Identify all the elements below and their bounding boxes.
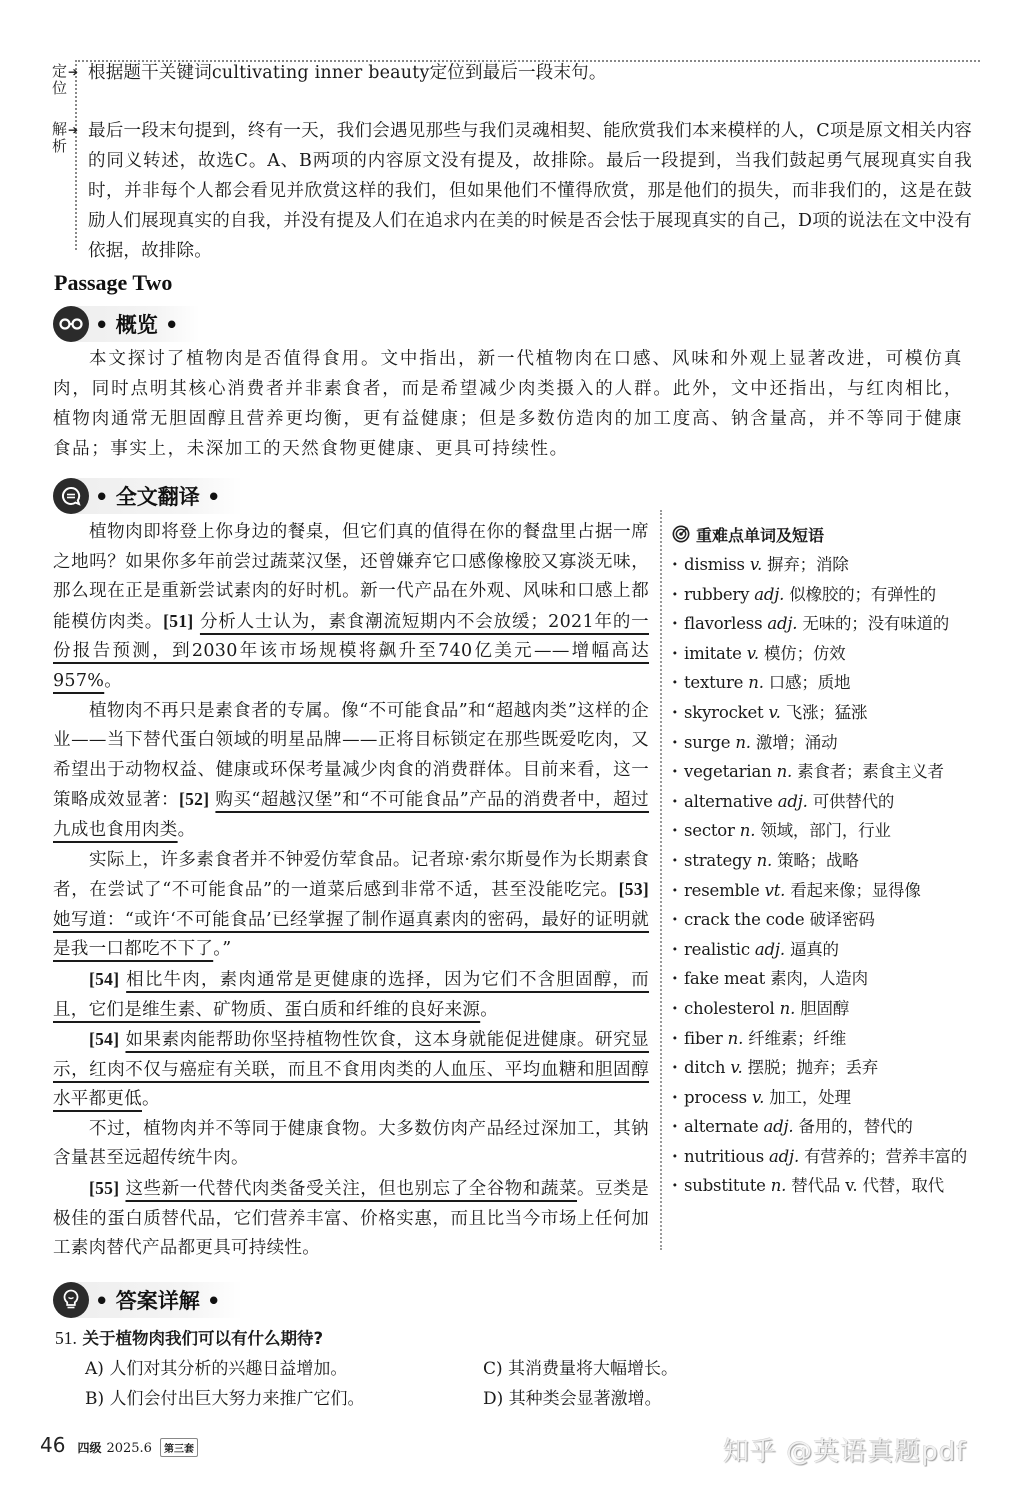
paragraph-text: 实际上，许多素食者并不钟爱仿荤食品。记者琼·索尔斯曼作为长期素食者，在尝试了“不… [53, 850, 649, 901]
explain-text: 最后一段末句提到，终有一天，我们会遇见那些与我们灵魂相契、能欣赏我们本来模样的人… [88, 114, 972, 266]
underlined-evidence: 相比牛肉，素肉通常是更健康的选择，因为它们不含胆固醇，而且，它们是维生素、矿物质… [53, 970, 649, 1020]
paragraph-text: 。” [213, 939, 231, 959]
lightbulb-icon [53, 1282, 89, 1318]
explain-tag: 解析 ➔ [52, 114, 88, 155]
vocab-word: realistic [684, 940, 750, 959]
paragraph-text: 。 [104, 671, 122, 691]
vocab-meaning: 胆固醇 [800, 999, 849, 1018]
vocab-word: ditch [684, 1058, 725, 1077]
translation-paragraph: 不过，植物肉并不等同于健康食物。大多数仿肉产品经过深加工，其钠含量甚至远超传统牛… [53, 1115, 649, 1174]
option-label: A) [85, 1359, 104, 1379]
vocab-pos: adj. [769, 1147, 799, 1166]
translation-paragraph: [54] 如果素肉能帮助你坚持植物性饮食，这本身就能促进健康。研究显示，红肉不仅… [53, 1025, 649, 1115]
question-number: 51. [55, 1328, 77, 1348]
vocab-pos: n. [735, 733, 750, 752]
answers-heading: • 答案详解 • [53, 1282, 242, 1318]
paragraph-text: 。 [142, 1089, 160, 1109]
arrow-right-icon: ➔ [68, 64, 78, 81]
vocab-word: fiber [684, 1029, 723, 1048]
vocab-meaning: 策略；战略 [777, 851, 859, 870]
vocab-meaning: 无味的；没有味道的 [802, 614, 949, 633]
question-ref: [53] [619, 879, 649, 899]
locate-tag: 定位 ➔ [52, 56, 88, 97]
vocab-meaning: 口感；质地 [769, 673, 851, 692]
vocab-meaning: 破译密码 [809, 910, 874, 929]
vocab-pos: n. [771, 1176, 786, 1195]
vocab-pos: n. [728, 1029, 743, 1048]
explain-label: 解析 [52, 121, 67, 155]
vocab-pos: v. [750, 555, 762, 574]
exam-level: 四级 [77, 1439, 101, 1456]
vocab-item: rubbery adj. 似橡胶的；有弹性的 [672, 580, 972, 610]
answers-heading-label: • 答案详解 • [95, 1285, 220, 1315]
underlined-evidence: 这些新一代替代肉类备受关注，但也别忘了全谷物和蔬菜 [125, 1179, 577, 1199]
vocab-item: alternate adj. 备用的，替代的 [672, 1112, 972, 1142]
vocab-pos: n. [757, 851, 772, 870]
exam-set-badge: 第三套 [160, 1438, 198, 1457]
vocabulary-list: dismiss v. 摒弃；消除 rubbery adj. 似橡胶的；有弹性的 … [672, 550, 972, 1201]
vocab-item: crack the code 破译密码 [672, 905, 972, 935]
question-51: 51. 关于植物肉我们可以有什么期待? A) 人们对其分析的兴趣日益增加。 C)… [55, 1323, 955, 1414]
paragraph-text: 不过，植物肉并不等同于健康食物。大多数仿肉产品经过深加工，其钠含量甚至远超传统牛… [53, 1119, 649, 1169]
option-label: D) [483, 1389, 503, 1409]
vocab-pos: adj. [755, 940, 785, 959]
vocabulary-heading-label: 重难点单词及短语 [696, 523, 824, 546]
vocab-pos: v. [747, 644, 759, 663]
question-ref: [52] [179, 789, 209, 809]
arrow-right-icon: ➔ [68, 122, 78, 139]
vocab-pos: adj. [754, 585, 784, 604]
vocab-meaning: 纤维素；纤维 [748, 1029, 846, 1048]
vocab-item: sector n. 领域，部门，行业 [672, 816, 972, 846]
vocab-word: rubbery [684, 585, 749, 604]
column-divider [660, 510, 662, 1250]
vocab-meaning: 有营养的；营养丰富的 [804, 1147, 967, 1166]
vocab-item: fiber n. 纤维素；纤维 [672, 1024, 972, 1054]
vocab-item: surge n. 激增；涌动 [672, 728, 972, 758]
paragraph-text: 。 [178, 820, 196, 840]
translation-paragraph: [54] 相比牛肉，素肉通常是更健康的选择，因为它们不含胆固醇，而且，它们是维生… [53, 965, 649, 1025]
overview-heading: • 概览 • [53, 306, 200, 342]
vocab-word: imitate [684, 644, 742, 663]
overview-heading-label: • 概览 • [95, 309, 178, 339]
vocab-pos: vt. [765, 881, 786, 900]
vocab-word: vegetarian [684, 762, 772, 781]
option-text: 人们会付出巨大努力来推广它们。 [110, 1389, 365, 1409]
paragraph-text: 。 [480, 1000, 498, 1020]
option-c: C) 其消费量将大幅增长。 [483, 1354, 883, 1384]
vocab-word: surge [684, 733, 730, 752]
translation-paragraph: [55] 这些新一代替代肉类备受关注，但也别忘了全谷物和蔬菜。豆类是极佳的蛋白质… [53, 1174, 649, 1264]
vocab-word: strategy [684, 851, 752, 870]
option-a: A) 人们对其分析的兴趣日益增加。 [85, 1354, 483, 1384]
vocab-item: nutritious adj. 有营养的；营养丰富的 [672, 1142, 972, 1172]
answer-analysis-block: 定位 ➔ 根据题干关键词cultivating inner beauty定位到最… [52, 56, 972, 266]
translation-heading-label: • 全文翻译 • [95, 481, 220, 511]
vocab-meaning: 模仿；仿效 [764, 644, 846, 663]
vocab-item: cholesterol n. 胆固醇 [672, 994, 972, 1024]
question-ref: [54] [89, 1029, 119, 1049]
translation-paragraph: 实际上，许多素食者并不钟爱仿荤食品。记者琼·索尔斯曼作为长期素食者，在尝试了“不… [53, 846, 649, 965]
vocab-meaning: 素食者；素食主义者 [797, 762, 944, 781]
vocab-word: fake meat [684, 969, 765, 988]
vocab-pos: adj. [767, 614, 797, 633]
vocab-pos: n. [780, 999, 795, 1018]
vocab-item: vegetarian n. 素食者；素食主义者 [672, 757, 972, 787]
vocab-pos: v. [752, 1088, 764, 1107]
vocab-word: skyrocket [684, 703, 763, 722]
option-d: D) 其种类会显著激增。 [483, 1384, 883, 1414]
translation-heading: • 全文翻译 • [53, 478, 242, 514]
vocab-word: alternative [684, 792, 773, 811]
question-text: 关于植物肉我们可以有什么期待? [82, 1329, 323, 1348]
explain-row: 解析 ➔ 最后一段末句提到，终有一天，我们会遇见那些与我们灵魂相契、能欣赏我们本… [52, 114, 972, 266]
vocab-meaning: 备用的，替代的 [799, 1117, 913, 1136]
vocab-item: resemble vt. 看起来像；显得像 [672, 876, 972, 906]
vocab-meaning: 领域，部门，行业 [760, 821, 890, 840]
vocabulary-sidebar: 重难点单词及短语 dismiss v. 摒弃；消除 rubbery adj. 似… [672, 520, 972, 1201]
vocab-word: texture [684, 673, 743, 692]
vocab-pos: n. [740, 821, 755, 840]
vocab-word: dismiss [684, 555, 745, 574]
vocab-pos: v. [769, 703, 781, 722]
vocab-word: substitute [684, 1176, 766, 1195]
vocab-pos: n. [748, 673, 763, 692]
vocab-meaning: 加工，处理 [769, 1088, 851, 1107]
question-ref: [51] [163, 611, 193, 631]
vocab-meaning: 逼真的 [790, 940, 839, 959]
vocabulary-heading: 重难点单词及短语 [672, 520, 972, 548]
option-b: B) 人们会付出巨大努力来推广它们。 [85, 1384, 483, 1414]
locate-label: 定位 [52, 63, 67, 97]
vocab-meaning: 可供替代的 [813, 792, 895, 811]
vocab-meaning: 激增；涌动 [756, 733, 838, 752]
option-text: 人们对其分析的兴趣日益增加。 [109, 1359, 347, 1379]
vocab-item: dismiss v. 摒弃；消除 [672, 550, 972, 580]
question-ref: [54] [89, 969, 119, 989]
option-label: C) [483, 1359, 503, 1379]
vocab-word: nutritious [684, 1147, 764, 1166]
page-number: 46 [40, 1433, 65, 1457]
translation-paragraph: 植物肉即将登上你身边的餐桌，但它们真的值得在你的餐盘里占据一席之地吗？如果你多年… [53, 518, 649, 697]
vocab-item: flavorless adj. 无味的；没有味道的 [672, 609, 972, 639]
vocab-meaning: 摆脱；抛弃；丢弃 [748, 1058, 878, 1077]
locate-text: 根据题干关键词cultivating inner beauty定位到最后一段末句… [88, 56, 972, 88]
vocab-item: substitute n. 替代品 v. 代替，取代 [672, 1171, 972, 1201]
translation-paragraph: 植物肉不再只是素食者的专属。像“不可能食品”和“超越肉类”这样的企业——当下替代… [53, 697, 649, 846]
target-icon [672, 525, 690, 543]
option-label: B) [85, 1389, 104, 1409]
speech-bubble-icon [53, 478, 89, 514]
option-text: 其消费量将大幅增长。 [508, 1359, 678, 1379]
vocab-item: alternative adj. 可供替代的 [672, 787, 972, 817]
vocab-meaning: 替代品 v. 代替，取代 [791, 1176, 944, 1195]
vocab-pos: v. [730, 1058, 742, 1077]
glasses-icon [53, 306, 89, 342]
vocab-word: sector [684, 821, 735, 840]
underlined-evidence: 她写道：“或许‘不可能食品’已经掌握了制作逼真素肉的密码，最好的证明就是我一口都… [53, 910, 649, 960]
vocab-meaning: 似橡胶的；有弹性的 [789, 585, 936, 604]
vocab-word: process [684, 1088, 747, 1107]
exam-date: 2025.6 [106, 1441, 152, 1456]
vocab-item: realistic adj. 逼真的 [672, 935, 972, 965]
vocab-word: cholesterol [684, 999, 775, 1018]
vocab-item: process v. 加工，处理 [672, 1083, 972, 1113]
overview-text: 本文探讨了植物肉是否值得食用。文中指出，新一代植物肉在口感、风味和外观上显著改进… [53, 344, 963, 464]
vocab-item: imitate v. 模仿；仿效 [672, 639, 972, 669]
vocab-meaning: 看起来像；显得像 [790, 881, 920, 900]
vocab-pos: n. [777, 762, 792, 781]
vocab-word: resemble [684, 881, 760, 900]
question-stem: 51. 关于植物肉我们可以有什么期待? [55, 1323, 955, 1354]
vocab-item: strategy n. 策略；战略 [672, 846, 972, 876]
page-footer: 46 四级 2025.6 第三套 [40, 1433, 198, 1457]
translation-body: 植物肉即将登上你身边的餐桌，但它们真的值得在你的餐盘里占据一席之地吗？如果你多年… [53, 518, 649, 1264]
vocab-word: alternate [684, 1117, 758, 1136]
question-options: A) 人们对其分析的兴趣日益增加。 C) 其消费量将大幅增长。 B) 人们会付出… [55, 1354, 955, 1414]
vocab-pos: adj. [764, 1117, 794, 1136]
vocab-pos: adj. [778, 792, 808, 811]
vocab-item: texture n. 口感；质地 [672, 668, 972, 698]
vocab-item: fake meat 素肉，人造肉 [672, 964, 972, 994]
locate-row: 定位 ➔ 根据题干关键词cultivating inner beauty定位到最… [52, 56, 972, 114]
passage-title: Passage Two [54, 270, 172, 296]
vocab-meaning: 素肉，人造肉 [770, 969, 868, 988]
vocab-item: ditch v. 摆脱；抛弃；丢弃 [672, 1053, 972, 1083]
option-text: 其种类会显著激增。 [509, 1389, 662, 1409]
vocab-meaning: 摒弃；消除 [767, 555, 849, 574]
vocab-item: skyrocket v. 飞涨；猛涨 [672, 698, 972, 728]
watermark: 知乎 @英语真题pdf [723, 1431, 966, 1468]
vocab-meaning: 飞涨；猛涨 [786, 703, 868, 722]
vocab-word: flavorless [684, 614, 762, 633]
question-ref: [55] [89, 1178, 119, 1198]
vocab-word: crack the code [684, 910, 804, 929]
